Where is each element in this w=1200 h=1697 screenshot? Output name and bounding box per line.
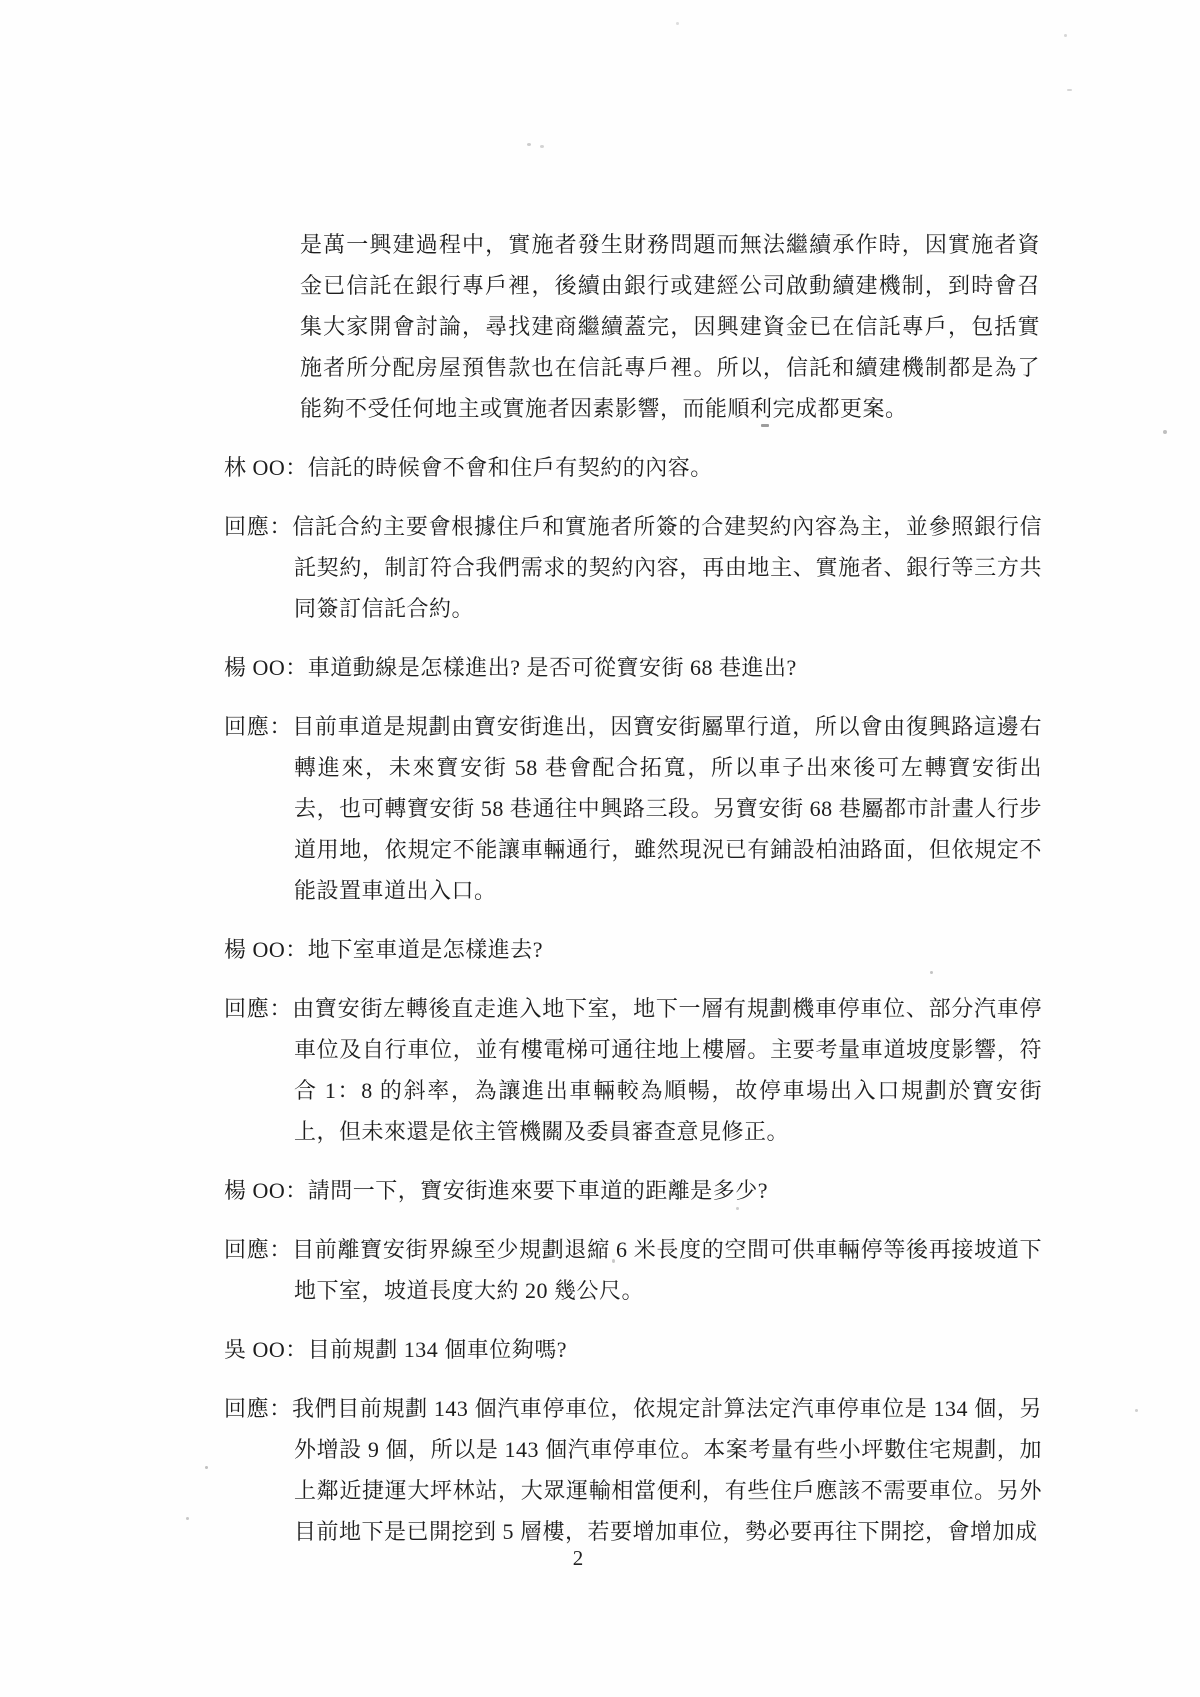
- scan-speck: [540, 145, 544, 148]
- speaker-label: 回應：: [224, 996, 292, 1021]
- scan-speck: [1067, 89, 1072, 91]
- speaker-label: 吳 OO：: [224, 1337, 308, 1362]
- speech-text: 是萬一興建過程中，實施者發生財務問題而無法繼續承作時，因實施者資金已信託在銀行專…: [300, 232, 1040, 421]
- dialogue-block-response: 回應：目前離寶安街界線至少規劃退縮 6 米長度的空間可供車輛停等後再接坡道下地下…: [224, 1229, 1042, 1311]
- scan-speck: [1064, 34, 1067, 37]
- dialogue-block-question: 楊 OO：地下室車道是怎樣進去?: [224, 929, 1042, 970]
- speech-text: 信託合約主要會根據住戶和實施者所簽的合建契約內容為主，並參照銀行信託契約，制訂符…: [292, 514, 1042, 621]
- dialogue-block-question: 楊 OO：車道動線是怎樣進出? 是否可從寶安街 68 巷進出?: [224, 647, 1042, 688]
- speaker-label: 回應：: [224, 1396, 292, 1421]
- scan-speck: [527, 143, 531, 146]
- dialogue-block-question: 楊 OO：請問一下，寶安街進來要下車道的距離是多少?: [224, 1170, 1042, 1211]
- scan-speck: [612, 1259, 615, 1263]
- dialogue-block-response: 回應：信託合約主要會根據住戶和實施者所簽的合建契約內容為主，並參照銀行信託契約，…: [224, 506, 1042, 629]
- scan-speck: [930, 971, 933, 974]
- speech-text: 目前規劃 134 個車位夠嗎?: [308, 1337, 567, 1362]
- speech-text: 目前車道是規劃由寶安街進出，因寶安街屬單行道，所以會由復興路這邊右轉進來，未來寶…: [292, 714, 1042, 903]
- scan-speck: [676, 22, 679, 25]
- dialogue-block-response: 回應：目前車道是規劃由寶安街進出，因寶安街屬單行道，所以會由復興路這邊右轉進來，…: [224, 706, 1042, 911]
- meeting-minutes-body: 是萬一興建過程中，實施者發生財務問題而無法繼續承作時，因實施者資金已信託在銀行專…: [0, 224, 1200, 1570]
- scan-speck: [186, 1517, 189, 1520]
- dialogue-block-response: 回應：我們目前規劃 143 個汽車停車位，依規定計算法定汽車停車位是 134 個…: [224, 1388, 1042, 1552]
- speech-text: 由寶安街左轉後直走進入地下室，地下一層有規劃機車停車位、部分汽車停車位及自行車位…: [292, 996, 1042, 1144]
- speech-text: 地下室車道是怎樣進去?: [308, 937, 543, 962]
- speech-text: 信託的時候會不會和住戶有契約的內容。: [308, 455, 713, 480]
- scan-speck: [1135, 1409, 1138, 1412]
- scanned-document-page: 是萬一興建過程中，實施者發生財務問題而無法繼續承作時，因實施者資金已信託在銀行專…: [0, 0, 1200, 1697]
- speech-text: 目前離寶安街界線至少規劃退縮 6 米長度的空間可供車輛停等後再接坡道下地下室，坡…: [292, 1237, 1042, 1303]
- scan-speck: [1163, 430, 1167, 434]
- scan-speck: [736, 1207, 739, 1210]
- scan-speck: [205, 1466, 208, 1469]
- dialogue-block-question: 吳 OO：目前規劃 134 個車位夠嗎?: [224, 1329, 1042, 1370]
- speech-text: 車道動線是怎樣進出? 是否可從寶安街 68 巷進出?: [308, 655, 797, 680]
- speech-text: 我們目前規劃 143 個汽車停車位，依規定計算法定汽車停車位是 134 個，另外…: [292, 1396, 1042, 1544]
- speaker-label: 林 OO：: [224, 455, 308, 480]
- dialogue-block-response: 回應：由寶安街左轉後直走進入地下室，地下一層有規劃機車停車位、部分汽車停車位及自…: [224, 988, 1042, 1152]
- scan-speck: [761, 424, 769, 427]
- speech-text: 請問一下，寶安街進來要下車道的距離是多少?: [308, 1178, 768, 1203]
- page-number: 2: [538, 1546, 618, 1570]
- speaker-label: 楊 OO：: [224, 937, 308, 962]
- paragraph-continuation: 是萬一興建過程中，實施者發生財務問題而無法繼續承作時，因實施者資金已信託在銀行專…: [300, 224, 1040, 429]
- speaker-label: 回應：: [224, 714, 292, 739]
- speaker-label: 回應：: [224, 514, 292, 539]
- speaker-label: 楊 OO：: [224, 655, 308, 680]
- speaker-label: 回應：: [224, 1237, 292, 1262]
- dialogue-block-question: 林 OO：信託的時候會不會和住戶有契約的內容。: [224, 447, 1042, 488]
- speaker-label: 楊 OO：: [224, 1178, 308, 1203]
